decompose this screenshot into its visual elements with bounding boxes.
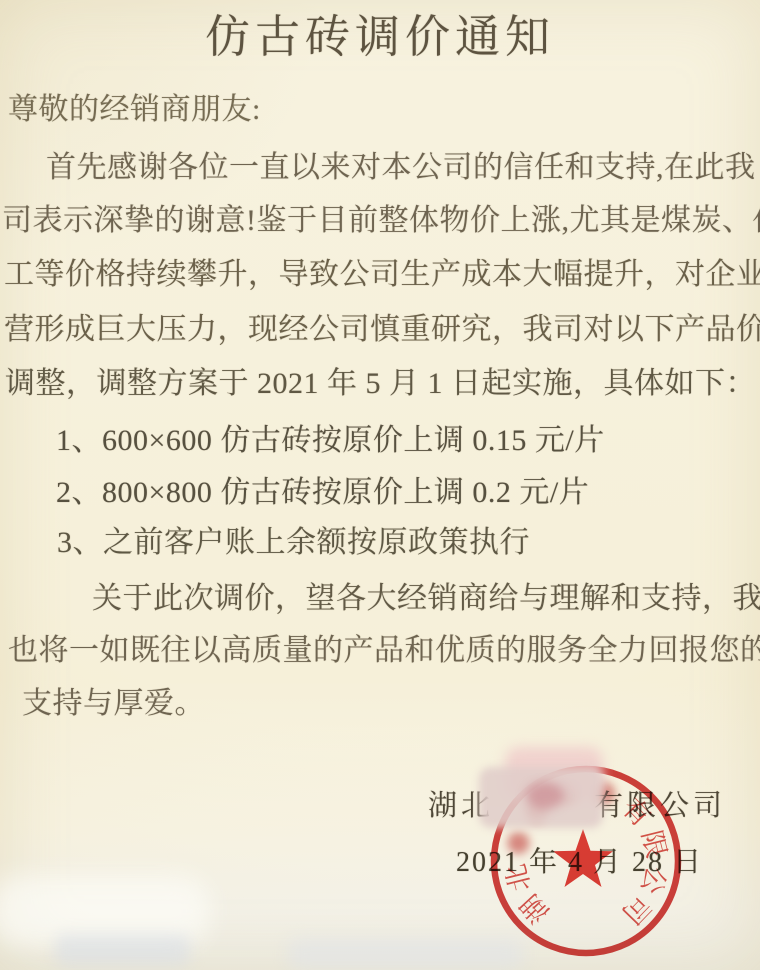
document-title: 仿古砖调价通知 <box>0 20 760 54</box>
seal-star-icon <box>553 829 613 887</box>
list-item-balance-policy: 3、之前客户账上余额按原政策执行 <box>57 526 530 560</box>
seal-arc-char: 公 <box>635 863 671 897</box>
closing-line: 支持与厚爱。 <box>22 687 205 721</box>
salutation: 尊敬的经销商朋友: <box>8 93 261 127</box>
body-line: 司表示深挚的谢意!鉴于目前整体物价上涨,尤其是煤炭、化 <box>2 204 760 238</box>
seal-arc-char: 限 <box>636 827 672 860</box>
body-line: 工等价格持续攀升，导致公司生产成本大幅提升，对企业经 <box>4 258 760 292</box>
photo-glare <box>0 876 210 946</box>
photo-glare <box>55 934 190 966</box>
document-page: 仿古砖调价通知 尊敬的经销商朋友: 首先感谢各位一直以来对本公司的信任和支持,在… <box>0 0 760 970</box>
closing-line: 关于此次调价，望各大经销商给与理解和支持，我们 <box>92 582 760 616</box>
body-line: 调整，调整方案于 2021 年 5 月 1 日起实施，具体如下： <box>5 367 756 401</box>
list-item-price-800: 2、800×800 仿古砖按原价上调 0.2 元/片 <box>56 476 589 510</box>
company-seal: 湖 北 有 限 公 司 <box>483 758 689 964</box>
seal-arc-char: 北 <box>500 861 536 894</box>
closing-line: 也将一如既往以高质量的产品和优质的服务全力回报您的 <box>8 634 760 668</box>
body-line: 首先感谢各位一直以来对本公司的信任和支持,在此我 <box>46 151 756 185</box>
list-item-price-600: 1、600×600 仿古砖按原价上调 0.15 元/片 <box>56 424 605 458</box>
body-line: 营形成巨大压力，现经公司慎重研究，我司对以下产品价格 <box>4 313 760 347</box>
